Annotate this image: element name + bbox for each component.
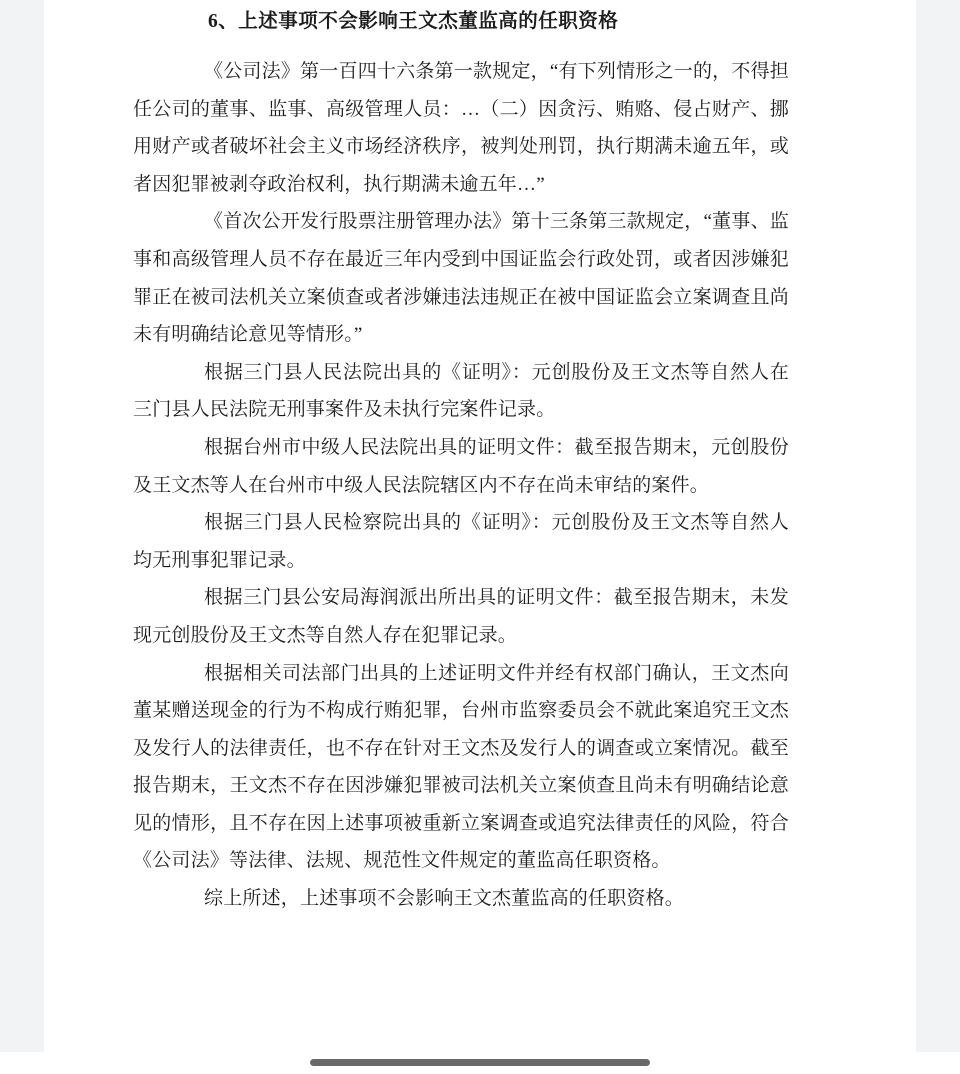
viewer-gutter-right <box>916 0 960 1052</box>
page-content: 6、上述事项不会影响王文杰董监高的任职资格 《公司法》第一百四十六条第一款规定，… <box>133 3 789 918</box>
horizontal-scrollbar-track[interactable] <box>0 1052 960 1074</box>
paragraph: 《公司法》第一百四十六条第一款规定，“有下列情形之一的，不得担任公司的董事、监事… <box>133 53 789 203</box>
paragraph: 根据三门县公安局海润派出所出具的证明文件：截至报告期末，未发现元创股份及王文杰等… <box>133 579 789 654</box>
paragraph: 根据三门县人民法院出具的《证明》：元创股份及王文杰等自然人在三门县人民法院无刑事… <box>133 354 789 429</box>
horizontal-scrollbar-thumb[interactable] <box>310 1059 650 1066</box>
paragraph-list: 《公司法》第一百四十六条第一款规定，“有下列情形之一的，不得担任公司的董事、监事… <box>133 53 789 918</box>
paragraph: 根据台州市中级人民法院出具的证明文件：截至报告期末，元创股份及王文杰等人在台州市… <box>133 429 789 504</box>
paragraph: 根据三门县人民检察院出具的《证明》：元创股份及王文杰等自然人均无刑事犯罪记录。 <box>133 504 789 579</box>
paragraph: 根据相关司法部门出具的上述证明文件并经有权部门确认，王文杰向董某赠送现金的行为不… <box>133 655 789 881</box>
paragraph: 综上所述，上述事项不会影响王文杰董监高的任职资格。 <box>133 880 789 918</box>
section-heading: 6、上述事项不会影响王文杰董监高的任职资格 <box>133 3 789 40</box>
document-page: 6、上述事项不会影响王文杰董监高的任职资格 《公司法》第一百四十六条第一款规定，… <box>44 0 916 1052</box>
viewer-gutter-left <box>0 0 44 1052</box>
paragraph: 《首次公开发行股票注册管理办法》第十三条第三款规定，“董事、监事和高级管理人员不… <box>133 203 789 353</box>
document-viewer: 6、上述事项不会影响王文杰董监高的任职资格 《公司法》第一百四十六条第一款规定，… <box>0 0 960 1074</box>
